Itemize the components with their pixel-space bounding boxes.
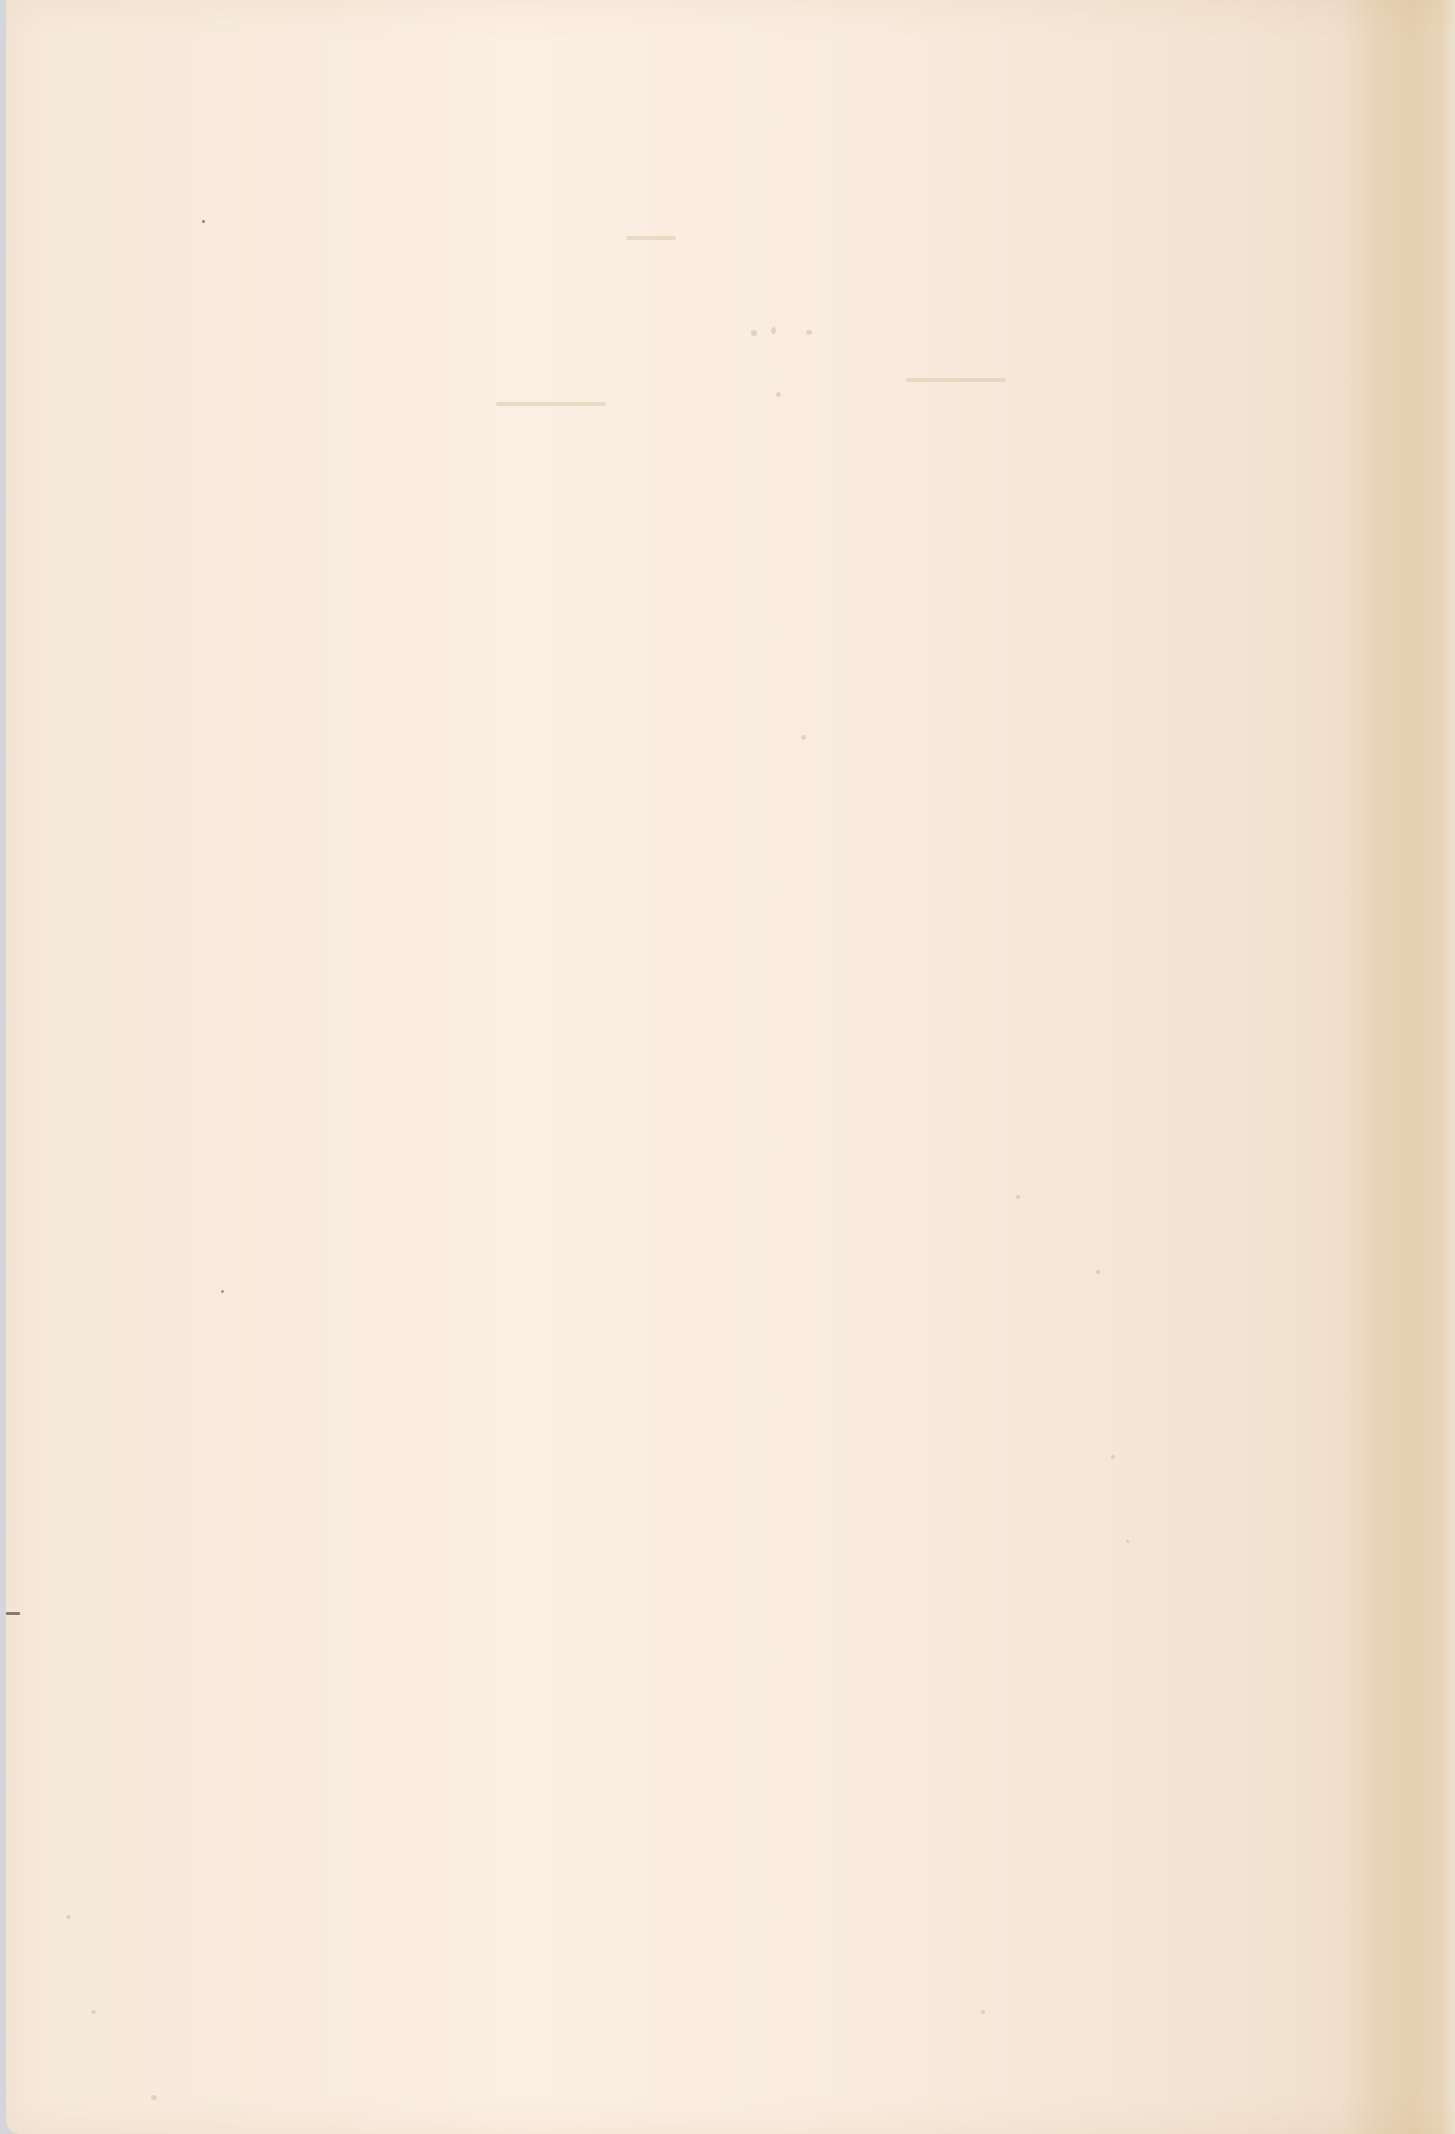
foxing-spot xyxy=(771,327,776,334)
foxing-spot xyxy=(1096,1270,1100,1274)
foxing-spot xyxy=(6,1612,20,1615)
scanned-page-background xyxy=(0,0,1455,2134)
foxing-spot xyxy=(151,2095,157,2100)
faint-smudge xyxy=(626,236,676,240)
foxing-spot xyxy=(981,2010,985,2014)
foxing-spot xyxy=(801,735,806,740)
foxing-spot xyxy=(202,220,205,223)
foxing-spot xyxy=(66,1915,71,1919)
faint-smudge xyxy=(906,378,1006,382)
foxing-spot xyxy=(1016,1195,1020,1199)
foxing-spot xyxy=(776,392,781,397)
foxing-spot xyxy=(91,2010,96,2014)
foxing-spot xyxy=(1126,1540,1129,1543)
foxing-spot xyxy=(751,330,757,336)
faint-smudge xyxy=(496,402,606,406)
foxing-spot xyxy=(806,330,812,335)
foxing-spot xyxy=(221,1290,224,1293)
blank-paper-page xyxy=(6,0,1455,2134)
foxing-spot xyxy=(1111,1455,1115,1459)
